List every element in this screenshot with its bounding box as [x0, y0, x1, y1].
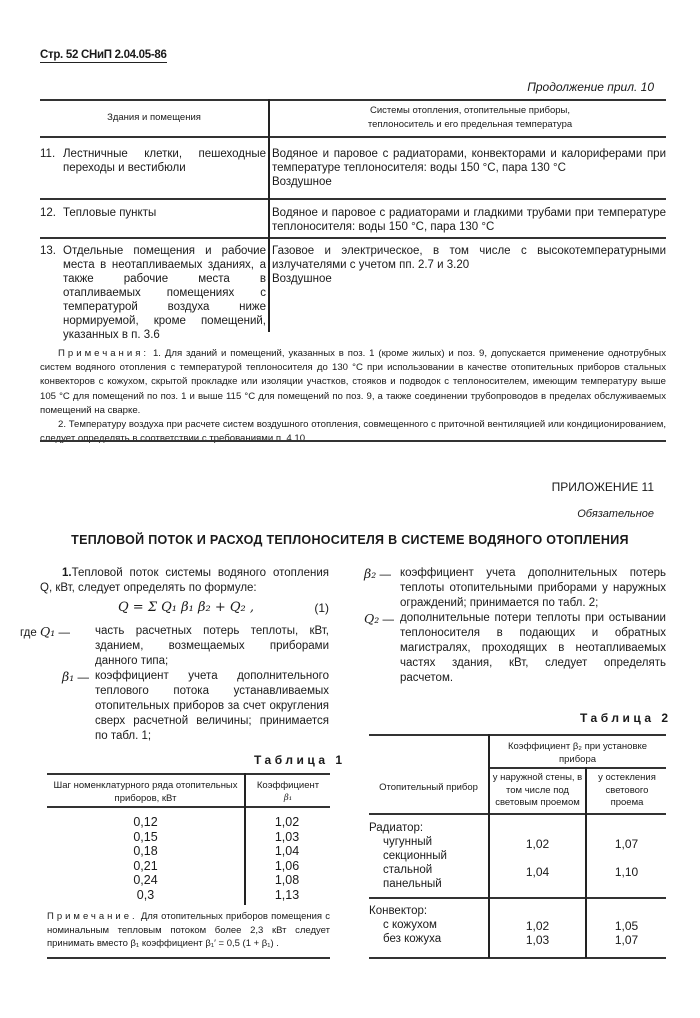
where-label: где [20, 627, 37, 639]
definition-q2: Q₂ — дополнительные потери теплоты при о… [372, 611, 666, 686]
column-header-glazing: у остекления светового проема [592, 772, 662, 810]
dash: — [379, 569, 391, 581]
notes-label: Примечания: [58, 348, 149, 359]
definition-text: коэффициент учета дополнительного теплов… [95, 669, 329, 744]
definition-symbol: Q₂ — [364, 611, 394, 628]
column-header-systems: Системы отопления, отопительные приборы,… [275, 104, 665, 132]
table-row: 0,151,03 [47, 830, 330, 845]
column-header-line: теплоноситель и его предельная температу… [275, 118, 665, 132]
header-symbol: β₁ [246, 792, 330, 805]
system-text: Воздушное [272, 272, 666, 286]
table-row-13-building: 13. Отдельные помещения и рабочие места … [40, 244, 266, 342]
section-divider [40, 440, 666, 442]
device-with-casing: с кожухом [383, 919, 437, 933]
table-rule [40, 237, 666, 239]
value-cell: 1,03 [490, 933, 585, 947]
definition-beta1: β₁ — коэффициент учета дополнительного т… [40, 669, 329, 744]
table-row: 0,211,06 [47, 859, 330, 874]
table-rule [40, 136, 666, 138]
header-line: Коэффициент [246, 779, 330, 792]
value-cell: 1,07 [587, 933, 666, 947]
step-value: 0,24 [47, 873, 244, 888]
table-notes: Примечания: 1. Для зданий и помещений, у… [40, 347, 666, 446]
table-2-label: Таблица 2 [580, 711, 672, 725]
device-cast-iron: чугунный секционный [383, 836, 483, 863]
clause-1: 1.Тепловой поток системы водяного отопле… [40, 566, 329, 744]
table-row: 0,121,02 [47, 815, 330, 830]
coefficient-value: 1,03 [244, 830, 330, 845]
table-row: 0,181,04 [47, 844, 330, 859]
symbol: Q₂ [364, 611, 379, 626]
row-number: 11. [40, 147, 55, 161]
building-text: Лестничные клетки, пешеходные переходы и… [63, 147, 266, 175]
definition-symbol: где Q₁ — [20, 624, 70, 641]
table-row-13-systems: Газовое и электрическое, в том числе с в… [272, 244, 666, 286]
appendix-title: ПРИЛОЖЕНИЕ 11 [552, 480, 654, 494]
table-rule [369, 813, 666, 815]
table-rule [47, 806, 330, 808]
formula-line: Q = Σ Q₁ β₁ β₂ + Q₂ , (1) [40, 598, 329, 620]
continuation-label: Продолжение прил. 10 [527, 80, 654, 94]
row-number: 12. [40, 206, 56, 220]
step-value: 0,21 [47, 859, 244, 874]
step-value: 0,18 [47, 844, 244, 859]
formula: Q = Σ Q₁ β₁ β₂ + Q₂ , [118, 600, 254, 615]
column-header-outer-wall: у наружной стены, в том числе под светов… [490, 772, 585, 810]
value-cell: 1,07 [587, 837, 666, 851]
coefficient-value: 1,13 [244, 888, 330, 903]
group-title-radiator: Радиатор: [369, 822, 423, 836]
column-header-coefficient: Коэффициент β₁ [246, 779, 330, 805]
building-text: Тепловые пункты [63, 206, 266, 220]
value-cell: 1,02 [490, 837, 585, 851]
symbol: β₁ [62, 669, 74, 684]
table-row-11-building: 11. Лестничные клетки, пешеходные перехо… [40, 147, 266, 175]
table-rule [488, 767, 666, 769]
column-header-buildings: Здания и помещения [40, 112, 268, 123]
definition-symbol: β₂ — [364, 566, 391, 583]
column-header-step: Шаг номенклатурного ряда отопительных пр… [47, 779, 244, 805]
system-text: Водяное и паровое с радиаторами и гладки… [272, 206, 666, 234]
step-value: 0,3 [47, 888, 244, 903]
value-cell: 1,04 [490, 865, 585, 879]
table-rule [40, 99, 666, 101]
dash: — [58, 627, 70, 639]
step-value: 0,12 [47, 815, 244, 830]
device-without-casing: без кожуха [383, 933, 441, 947]
table-row-12-systems: Водяное и паровое с радиаторами и гладки… [272, 206, 666, 234]
symbol: Q₁ [40, 624, 55, 639]
dash: — [382, 614, 394, 626]
row-number: 13. [40, 244, 56, 258]
value-cell: 1,05 [587, 919, 666, 933]
table-1-body: 0,121,020,151,030,181,040,211,060,241,08… [47, 815, 330, 903]
coefficient-value: 1,08 [244, 873, 330, 888]
table-rule [369, 897, 666, 899]
definition-text: дополнительные потери теплоты при остыва… [400, 611, 666, 686]
page-header: Стр. 52 СНиП 2.04.05-86 [40, 49, 167, 63]
system-text: Газовое и электрическое, в том числе с в… [272, 244, 666, 272]
table-rule [40, 198, 666, 200]
column-header-device: Отопительный прибор [369, 782, 488, 795]
column-header-line: Системы отопления, отопительные приборы, [275, 104, 665, 118]
table-rule [47, 773, 330, 775]
system-text: Воздушное [272, 175, 666, 189]
formula-number: (1) [314, 601, 329, 616]
building-text: Отдельные помещения и рабочие места в не… [63, 244, 266, 342]
table-1-label: Таблица 1 [254, 753, 346, 767]
symbol: β₂ [364, 566, 376, 581]
table-row: 0,31,13 [47, 888, 330, 903]
note-label: Примечание. [47, 911, 138, 922]
coefficient-value: 1,06 [244, 859, 330, 874]
column-header-group: Коэффициент β₂ при установке прибора [500, 741, 655, 766]
note-item: 2. Температуру воздуха при расчете систе… [40, 418, 666, 446]
definition-symbol: β₁ — [62, 669, 89, 686]
step-value: 0,15 [47, 830, 244, 845]
coefficient-value: 1,02 [244, 815, 330, 830]
table-rule [369, 734, 666, 736]
definition-text: часть расчетных потерь теплоты, кВт, зда… [95, 624, 329, 669]
table-row: 0,241,08 [47, 873, 330, 888]
table-rule [369, 957, 666, 959]
section-heading: ТЕПЛОВОЙ ПОТОК И РАСХОД ТЕПЛОНОСИТЕЛЯ В … [0, 533, 700, 547]
table-row-11-systems: Водяное и паровое с радиаторами, конвект… [272, 147, 666, 189]
device-steel-panel: стальной панельный [383, 864, 483, 891]
clause-text: Тепловой поток системы водяного отоплени… [40, 567, 329, 594]
value-cell: 1,02 [490, 919, 585, 933]
table-1-note: Примечание. Для отопительных приборов по… [47, 910, 330, 951]
table-rule [47, 957, 330, 959]
definition-beta2: β₂ — коэффициент учета дополнительных по… [372, 566, 666, 611]
definitions-continued: β₂ — коэффициент учета дополнительных по… [372, 566, 666, 686]
appendix-status: Обязательное [577, 508, 654, 520]
definition-text: коэффициент учета дополнительных потерь … [400, 566, 666, 611]
coefficient-value: 1,04 [244, 844, 330, 859]
definition-q1: где Q₁ — часть расчетных потерь теплоты,… [40, 624, 329, 669]
system-text: Водяное и паровое с радиаторами, конвект… [272, 147, 666, 175]
clause-number: 1. [62, 567, 72, 579]
group-title-convector: Конвектор: [369, 905, 427, 919]
value-cell: 1,10 [587, 865, 666, 879]
table-row-12-building: 12. Тепловые пункты [40, 206, 266, 220]
dash: — [77, 672, 89, 684]
table-column-divider [268, 99, 270, 332]
